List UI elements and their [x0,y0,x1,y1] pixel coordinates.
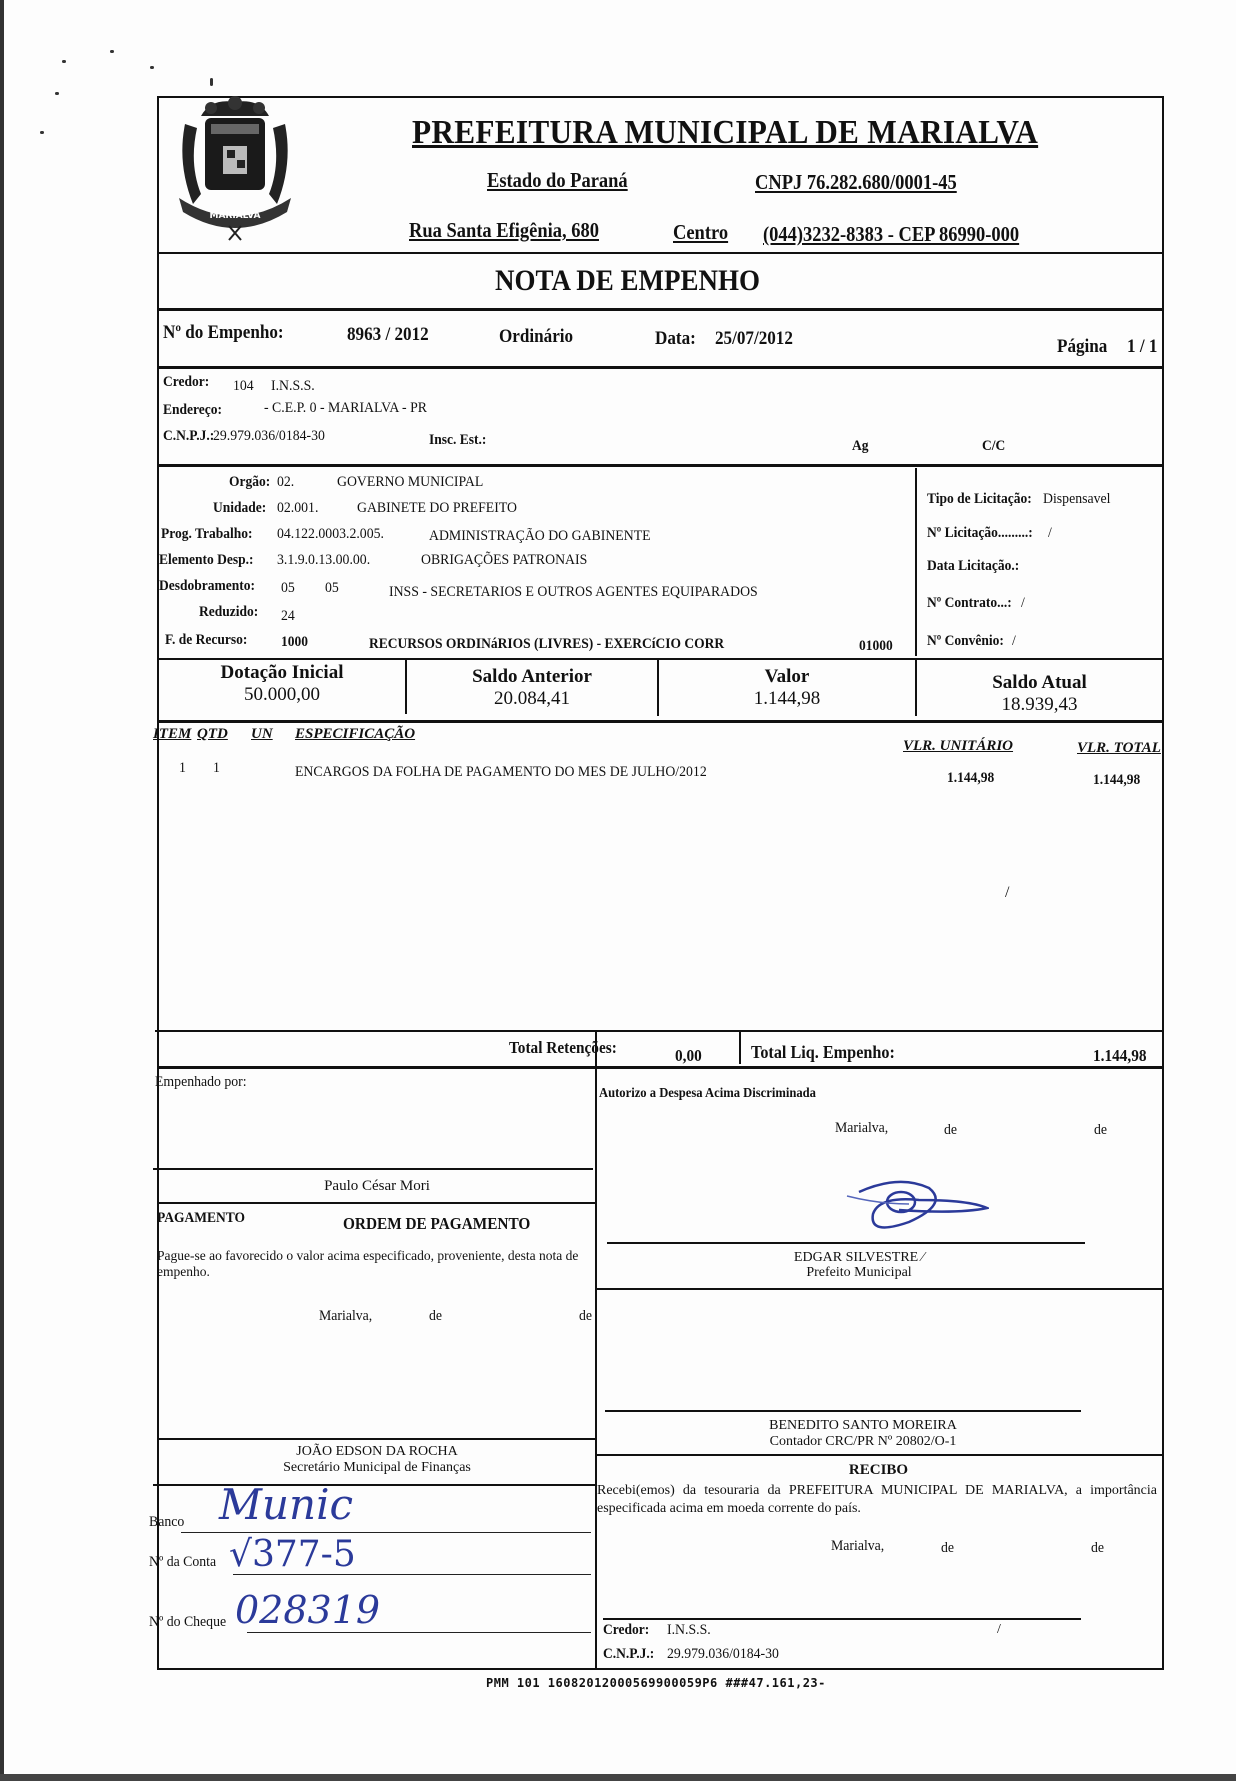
insc-est-label: Insc. Est.: [429,432,486,449]
elemento-desp-label: Elemento Desp.: [159,552,254,569]
banco-label: Banco [149,1514,184,1531]
divider [595,1288,1162,1290]
column-header-especificacao: ESPECIFICAÇÃO [295,726,415,743]
autorizo-de-1: de [944,1122,957,1139]
recibo-cnpj-label: C.N.P.J.: [603,1646,654,1663]
divider [159,464,1162,467]
scan-speck [55,92,59,95]
balance-value: 50.000,00 [159,684,405,706]
contador-signer-name: BENEDITO SANTO MOREIRA [595,1418,1131,1434]
fonte-recurso-code: 1000 [281,634,308,651]
unidade-label: Unidade: [213,500,266,517]
numero-contrato: Nº Contrato...:/ [927,594,1025,612]
column-header-qtd: QTD [197,726,228,743]
page-label: Página [1057,336,1107,358]
nota-de-empenho-form: MARIALVA PREFEITURA MUNICIPAL DE MARIALV… [157,96,1164,1670]
prefeitura-cnpj: CNPJ 76.282.680/0001-45 [755,170,957,195]
column-header-vlr-total: VLR. TOTAL [1077,740,1161,757]
autorizo-signer: EDGAR SILVESTRE ⁄ Prefeito Municipal [599,1250,1119,1280]
balance-label: Saldo Atual [917,672,1162,694]
total-liquido-value: 1.144,98 [1093,1046,1147,1066]
cheque-handwritten[interactable]: 028319 [235,1588,380,1632]
divider [159,1202,595,1204]
recibo-de-2: de [1091,1540,1104,1557]
scan-speck [110,50,114,53]
unidade-name: GABINETE DO PREFEITO [357,500,517,517]
empenho-number: 8963 / 2012 [347,324,429,346]
empenho-number-label: Nº do Empenho: [163,322,284,344]
convenio-value: / [1012,633,1016,650]
pagamento-text: Pague-se ao favorecido o valor acima esp… [157,1248,597,1280]
empenho-date-label: Data: [655,328,696,350]
prefeitura-district: Centro [673,220,728,245]
banco-field-line [181,1532,591,1533]
data-licitacao-label: Data Licitação.: [927,558,1019,575]
divider [739,1030,741,1064]
fonte-recurso-name: RECURSOS ORDINáRIOS (LIVRES) - EXERCíCIO… [369,636,724,653]
item-specification: ENCARGOS DA FOLHA DE PAGAMENTO DO MES DE… [295,764,707,781]
total-retencoes-value: 0,00 [675,1046,702,1066]
pagamento-signer: JOÃO EDSON DA ROCHA Secretário Municipal… [159,1444,595,1476]
cheque-label: Nº do Cheque [149,1614,226,1631]
prefeito-signature-icon [839,1174,989,1249]
conta-label: Nº da Conta [149,1554,216,1571]
signature-line [605,1410,1081,1412]
signature-line [607,1242,1085,1244]
pagamento-city: Marialva, [319,1308,372,1325]
empenho-date: 25/07/2012 [715,328,793,350]
balance-dotacao-inicial: Dotação Inicial 50.000,00 [159,660,405,714]
balance-value: 1.144,98 [659,688,915,710]
total-liquido-label: Total Liq. Empenho: [751,1042,895,1063]
recibo-title: RECIBO [595,1462,1162,1479]
contador-signer: BENEDITO SANTO MOREIRA Contador CRC/PR N… [595,1418,1131,1450]
page-number: 1 / 1 [1127,336,1157,358]
item-qtd: 1 [213,760,220,777]
signature-line [159,1438,595,1440]
credor-code: 104 [233,378,254,395]
scan-speck [62,60,66,63]
item-unit-value: 1.144,98 [947,770,994,787]
pagamento-signer-role: Secretário Municipal de Finanças [159,1460,595,1476]
recibo-city: Marialva, [831,1538,884,1555]
balance-value: 20.084,41 [407,688,657,710]
pagamento-de-2: de [579,1308,592,1325]
tipo-licitacao-label: Tipo de Licitação: [927,491,1032,508]
total-retencoes-label: Total Retenções: [509,1038,617,1058]
agencia-label: Ag [852,438,869,455]
conta-field-line [233,1574,591,1575]
divider [159,366,1162,369]
desdobramento-code-2: 05 [325,580,339,597]
autorizo-signer-name: EDGAR SILVESTRE ⁄ [599,1250,1119,1265]
scan-speck [150,66,154,69]
column-header-un: UN [251,726,273,743]
desdobramento-name: INSS - SECRETARIOS E OUTROS AGENTES EQUI… [389,584,758,601]
numero-licitacao: Nº Licitação.........: / [927,524,1053,542]
pagamento-de-1: de [429,1308,442,1325]
reduzido-label: Reduzido: [199,604,258,621]
empenhado-por-name: Paulo César Mori [159,1178,595,1195]
balance-valor: Valor 1.144,98 [659,660,915,714]
contrato-value: / [1021,595,1025,612]
svg-text:MARIALVA: MARIALVA [210,211,261,221]
conta-corrente-label: C/C [982,438,1005,455]
credor-label: Credor: [163,374,209,391]
autorizo-signer-role: Prefeito Municipal [599,1265,1119,1280]
balance-label: Dotação Inicial [159,662,405,684]
prefeitura-address: Rua Santa Efigênia, 680 [409,218,599,243]
item-number: 1 [179,760,186,777]
numero-licitacao-label: Nº Licitação.........: [927,525,1033,542]
autorizo-title: Autorizo a Despesa Acima Discriminada [599,1086,816,1102]
divider [159,1066,1162,1069]
tipo-licitacao: Tipo de Licitação:Dispensavel [927,490,1117,508]
orgao-code: 02. [277,474,294,491]
recibo-credor-label: Credor: [603,1622,649,1639]
cnpj-label: C.N.P.J.: [163,428,214,445]
divider [159,252,1162,254]
orgao-name: GOVERNO MUNICIPAL [337,474,483,491]
check-mark-icon: / [997,1622,1001,1638]
fonte-recurso-ref: 01000 [859,638,893,655]
desdobramento-label: Desdobramento: [159,578,255,595]
check-mark-icon: / [1005,884,1009,902]
scan-edge [0,0,4,1781]
divider [155,1030,1162,1032]
contrato-label: Nº Contrato...: [927,595,1012,612]
recibo-credor: I.N.S.S. [667,1622,711,1639]
prog-trabalho-label: Prog. Trabalho: [161,526,253,543]
reduzido-value: 24 [281,608,295,625]
elemento-desp-code: 3.1.9.0.13.00.00. [277,552,370,569]
item-total-value: 1.144,98 [1093,772,1140,789]
scan-speck [40,131,44,134]
elemento-desp-name: OBRIGAÇÕES PATRONAIS [421,552,587,569]
divider [915,468,917,656]
desdobramento-code-1: 05 [281,580,295,597]
empenhado-por-label: Empenhado por: [155,1074,247,1091]
prefeitura-title: PREFEITURA MUNICIPAL DE MARIALVA [412,114,1038,152]
balance-label: Valor [659,666,915,688]
prefeitura-phone-cep: (044)3232-8383 - CEP 86990-000 [763,222,1019,247]
divider [159,308,1162,311]
footer-authentication-code: PMM 101 16082012000569900059P6 ###47.161… [486,1676,826,1690]
balance-saldo-atual: Saldo Atual 18.939,43 [917,660,1162,714]
balance-saldo-anterior: Saldo Anterior 20.084,41 [407,660,657,714]
contador-signer-role: Contador CRC/PR Nº 20802/O-1 [595,1434,1131,1450]
signature-line [153,1168,593,1170]
signature-line [603,1618,1081,1620]
credor-cnpj: 29.979.036/0184-30 [213,428,325,445]
recibo-de-1: de [941,1540,954,1557]
pagamento-title: PAGAMENTO [157,1210,245,1227]
column-header-vlr-unitario: VLR. UNITÁRIO [903,738,1013,755]
endereco-label: Endereço: [163,402,222,419]
recibo-text: Recebi(emos) da tesouraria da PREFEITURA… [597,1482,1157,1518]
convenio-label: Nº Convênio: [927,633,1004,650]
conta-handwritten[interactable]: √377-5 [229,1534,356,1575]
scan-speck [210,78,213,86]
fonte-recurso-label: F. de Recurso: [165,632,247,649]
document-title: NOTA DE EMPENHO [495,264,760,298]
divider [159,720,1162,723]
column-header-item: ITEM [153,726,191,743]
table-row: 1 1 ENCARGOS DA FOLHA DE PAGAMENTO DO ME… [159,760,1162,788]
balance-label: Saldo Anterior [407,666,657,688]
balance-value: 18.939,43 [917,694,1162,716]
prog-trabalho-code: 04.122.0003.2.005. [277,526,384,543]
banco-handwritten[interactable]: Munic [219,1480,353,1529]
divider [595,1064,597,1668]
numero-licitacao-value: / [1048,525,1052,542]
divider [595,1454,1162,1456]
divider [595,1030,597,1064]
autorizo-de-2: de [1094,1122,1107,1139]
pagamento-signer-name: JOÃO EDSON DA ROCHA [159,1444,595,1460]
ordem-pagamento-title: ORDEM DE PAGAMENTO [343,1214,530,1234]
credor-name: I.N.S.S. [271,378,315,395]
recibo-cnpj: 29.979.036/0184-30 [667,1646,779,1663]
prefeito-name: EDGAR SILVESTRE [794,1250,918,1265]
numero-convenio: Nº Convênio:/ [927,632,1017,650]
unidade-code: 02.001. [277,500,318,517]
empenho-type: Ordinário [499,326,573,348]
cheque-field-line [247,1632,591,1633]
orgao-label: Orgão: [229,474,270,491]
estado-label: Estado do Paraná [487,168,628,193]
scan-edge-bottom [0,1774,1236,1781]
endereco-value: - C.E.P. 0 - MARIALVA - PR [264,400,427,417]
autorizo-city: Marialva, [835,1120,888,1137]
municipal-coat-of-arms-icon: MARIALVA [171,94,299,244]
tipo-licitacao-value: Dispensavel [1043,491,1110,508]
prog-trabalho-name: ADMINISTRAÇÃO DO GABINENTE [429,528,651,545]
